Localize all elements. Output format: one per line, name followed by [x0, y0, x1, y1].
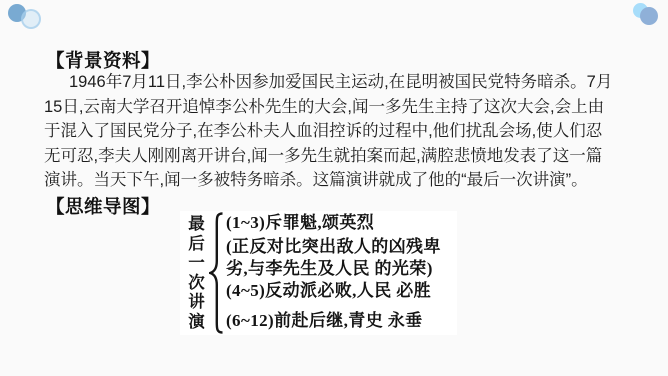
mindmap-item: 劣,与李先生及人民 的光荣) [226, 260, 433, 278]
mindmap-item: (6~12)前赴后继,青史 永垂 [226, 312, 423, 330]
decoration-circle-top-right-front [640, 7, 658, 25]
background-paragraph: 1946年7月11日,李公朴因参加爱国民主运动,在昆明被国民党特务暗杀。7月 1… [44, 70, 634, 193]
mindmap-diagram: 最后一次讲演 (1~3)斥罪魁,颂英烈 (正反对比突出敌人的凶残卑 劣,与李先生… [180, 211, 457, 335]
background-paragraph-line: 15日,云南大学召开追悼李公朴先生的大会,闻一多先生主持了这次大会,会上由 [44, 95, 634, 120]
background-paragraph-line: 演讲。当天下午,闻一多被特务暗杀。这篇演讲就成了他的“最后一次讲演”。 [44, 168, 634, 193]
decoration-circle-top-left-back [21, 9, 41, 29]
mindmap-vertical-label: 最后一次讲演 [187, 214, 206, 332]
presentation-slide: 【背景资料】 1946年7月11日,李公朴因参加爱国民主运动,在昆明被国民党特务… [0, 0, 668, 376]
mindmap-item: (正反对比突出敌人的凶残卑 [226, 238, 441, 256]
background-paragraph-line: 于混入了国民党分子,在李公朴夫人血泪控诉的过程中,他们扰乱会场,使人们忍 [44, 119, 634, 144]
mindmap-section-heading: 【思维导图】 [46, 193, 160, 219]
left-brace-icon [209, 212, 224, 334]
background-paragraph-line: 1946年7月11日,李公朴因参加爱国民主运动,在昆明被国民党特务暗杀。7月 [44, 70, 634, 95]
background-paragraph-line: 无可忍,李夫人刚刚离开讲台,闻一多先生就拍案而起,满腔悲愤地发表了这一篇 [44, 144, 634, 169]
mindmap-item: (1~3)斥罪魁,颂英烈 [226, 214, 374, 232]
mindmap-item: (4~5)反动派必败,人民 必胜 [226, 282, 431, 300]
